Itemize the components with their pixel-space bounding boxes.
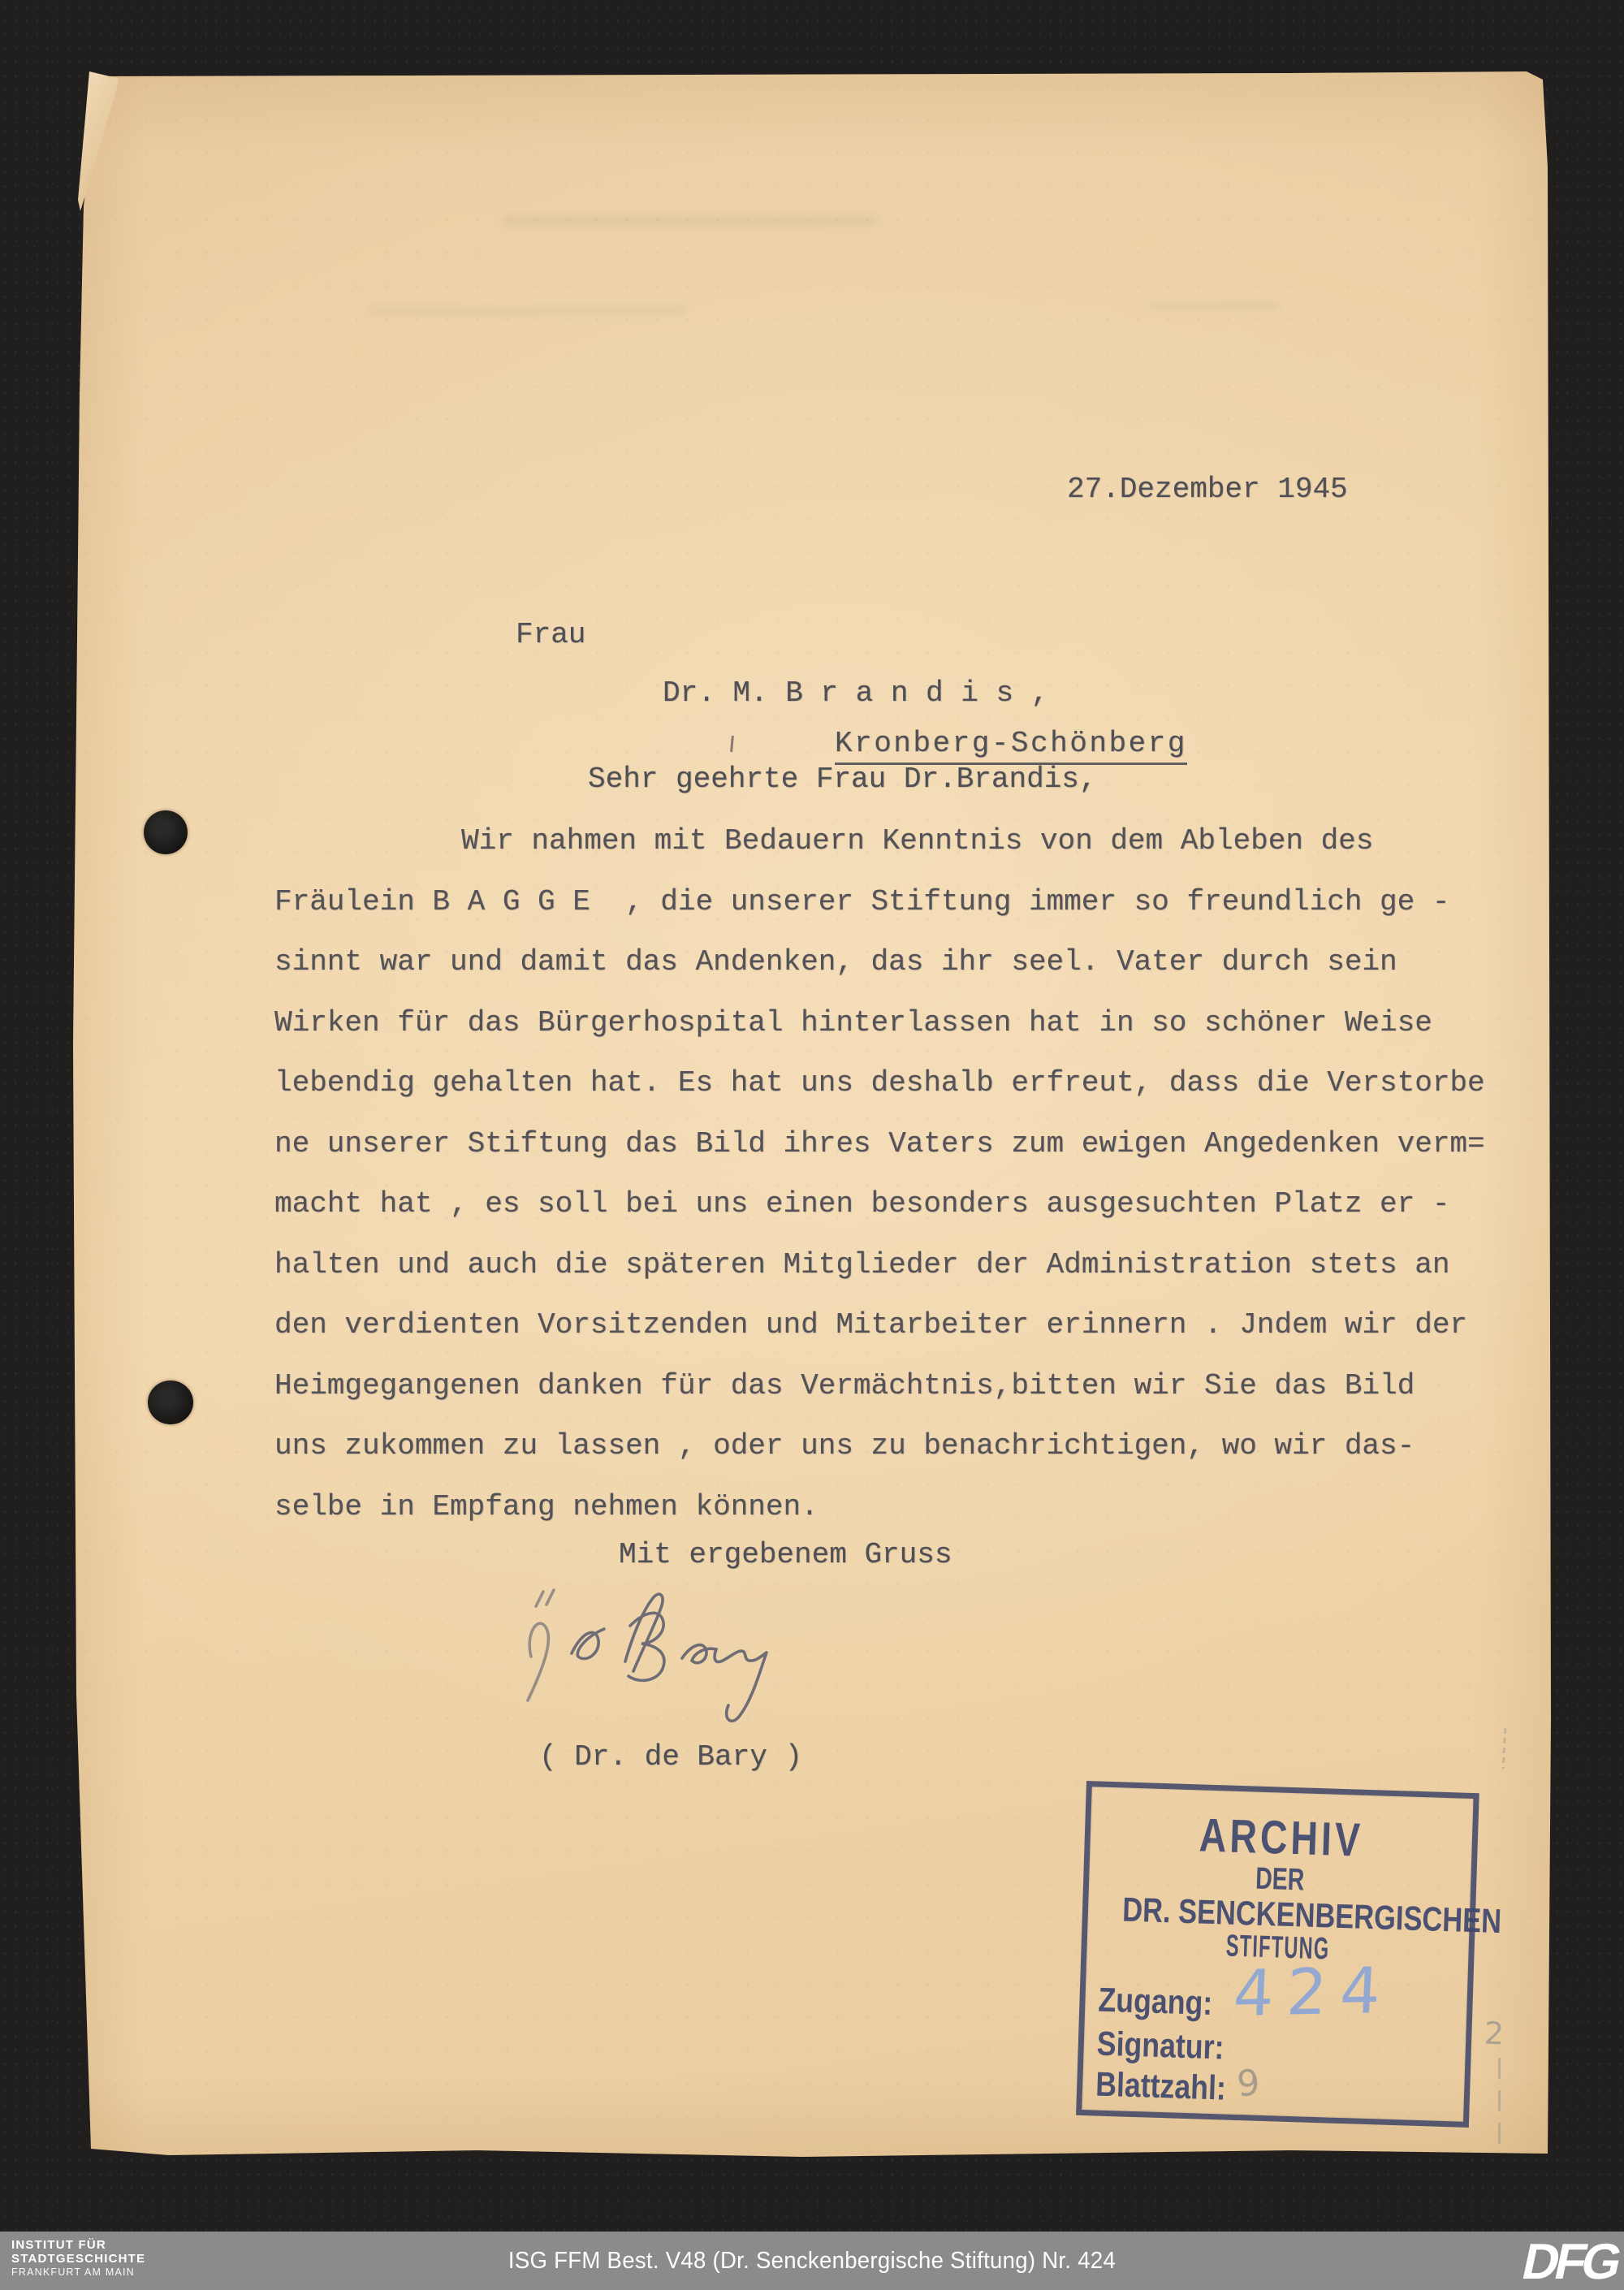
scanned-document-page: 27.Dezember 1945 Frau Dr. M. B r a n d i… (0, 0, 1624, 2290)
ink-ghost-smudge (369, 307, 686, 314)
letter-line: ne unserer Stiftung das Bild ihres Vater… (274, 1127, 1485, 1188)
letter-line: macht hat , es soll bei uns einen besond… (274, 1187, 1485, 1248)
footer-caption: ISG FFM Best. V48 (Dr. Senckenbergische … (41, 2248, 1583, 2275)
page-number-annotation: 2 (1484, 2016, 1505, 2052)
letter-line: lebendig gehalten hat. Es hat uns deshal… (274, 1066, 1485, 1127)
stamp-field-blattzahl: Blattzahl: (1095, 2065, 1227, 2108)
ink-ghost-smudge (503, 216, 877, 226)
ink-ghost-smudge (1149, 302, 1279, 309)
blattzahl-handwritten-value: 9 (1236, 2062, 1262, 2105)
closing-phrase: Mit ergebenem Gruss (619, 1540, 952, 1570)
letter-date: 27.Dezember 1945 (1067, 475, 1348, 504)
letter-line: Wir nahmen mit Bedauern Kenntnis von dem… (274, 824, 1485, 885)
hole-punch-bottom (148, 1380, 193, 1424)
recipient-city: Kronberg-Schönberg (835, 729, 1187, 765)
letter-body: Wir nahmen mit Bedauern Kenntnis von dem… (274, 824, 1485, 1550)
stamp-field-zugang: Zugang: (1098, 1981, 1213, 2023)
letter-line: den verdienten Vorsitzenden und Mitarbei… (274, 1308, 1485, 1369)
pencil-mark (1498, 2058, 1501, 2149)
handwritten-signature (503, 1577, 812, 1735)
letter-line: Fräulein B A G G E , die unserer Stiftun… (274, 885, 1485, 946)
typed-signature-name: ( Dr. de Bary ) (539, 1743, 802, 1772)
letter-line: sinnt war und damit das Andenken, das ih… (274, 945, 1485, 1006)
recipient-title: Frau (516, 620, 585, 650)
archive-stamp: ARCHIV DER DR. SENCKENBERGISCHEN STIFTUN… (1076, 1781, 1479, 2128)
salutation: Sehr geehrte Frau Dr.Brandis, (588, 765, 1097, 794)
letter-line: Heimgegangenen danken für das Vermächtni… (274, 1369, 1485, 1430)
letter-line: uns zukommen zu lassen , oder uns zu ben… (274, 1429, 1485, 1490)
hole-punch-top (144, 810, 188, 854)
caption-bar: INSTITUT FÜR STADTGESCHICHTE FRANKFURT A… (0, 2232, 1624, 2290)
stamp-field-signatur: Signatur: (1096, 2024, 1224, 2067)
zugang-handwritten-value: 424 (1232, 1955, 1395, 2031)
letter-line: halten und auch die späteren Mitglieder … (274, 1248, 1485, 1309)
dfg-logo: DFG (1518, 2233, 1624, 2290)
recipient-name: Dr. M. B r a n d i s , (663, 679, 1048, 708)
letter-line: Wirken für das Bürgerhospital hinterlass… (274, 1006, 1485, 1067)
